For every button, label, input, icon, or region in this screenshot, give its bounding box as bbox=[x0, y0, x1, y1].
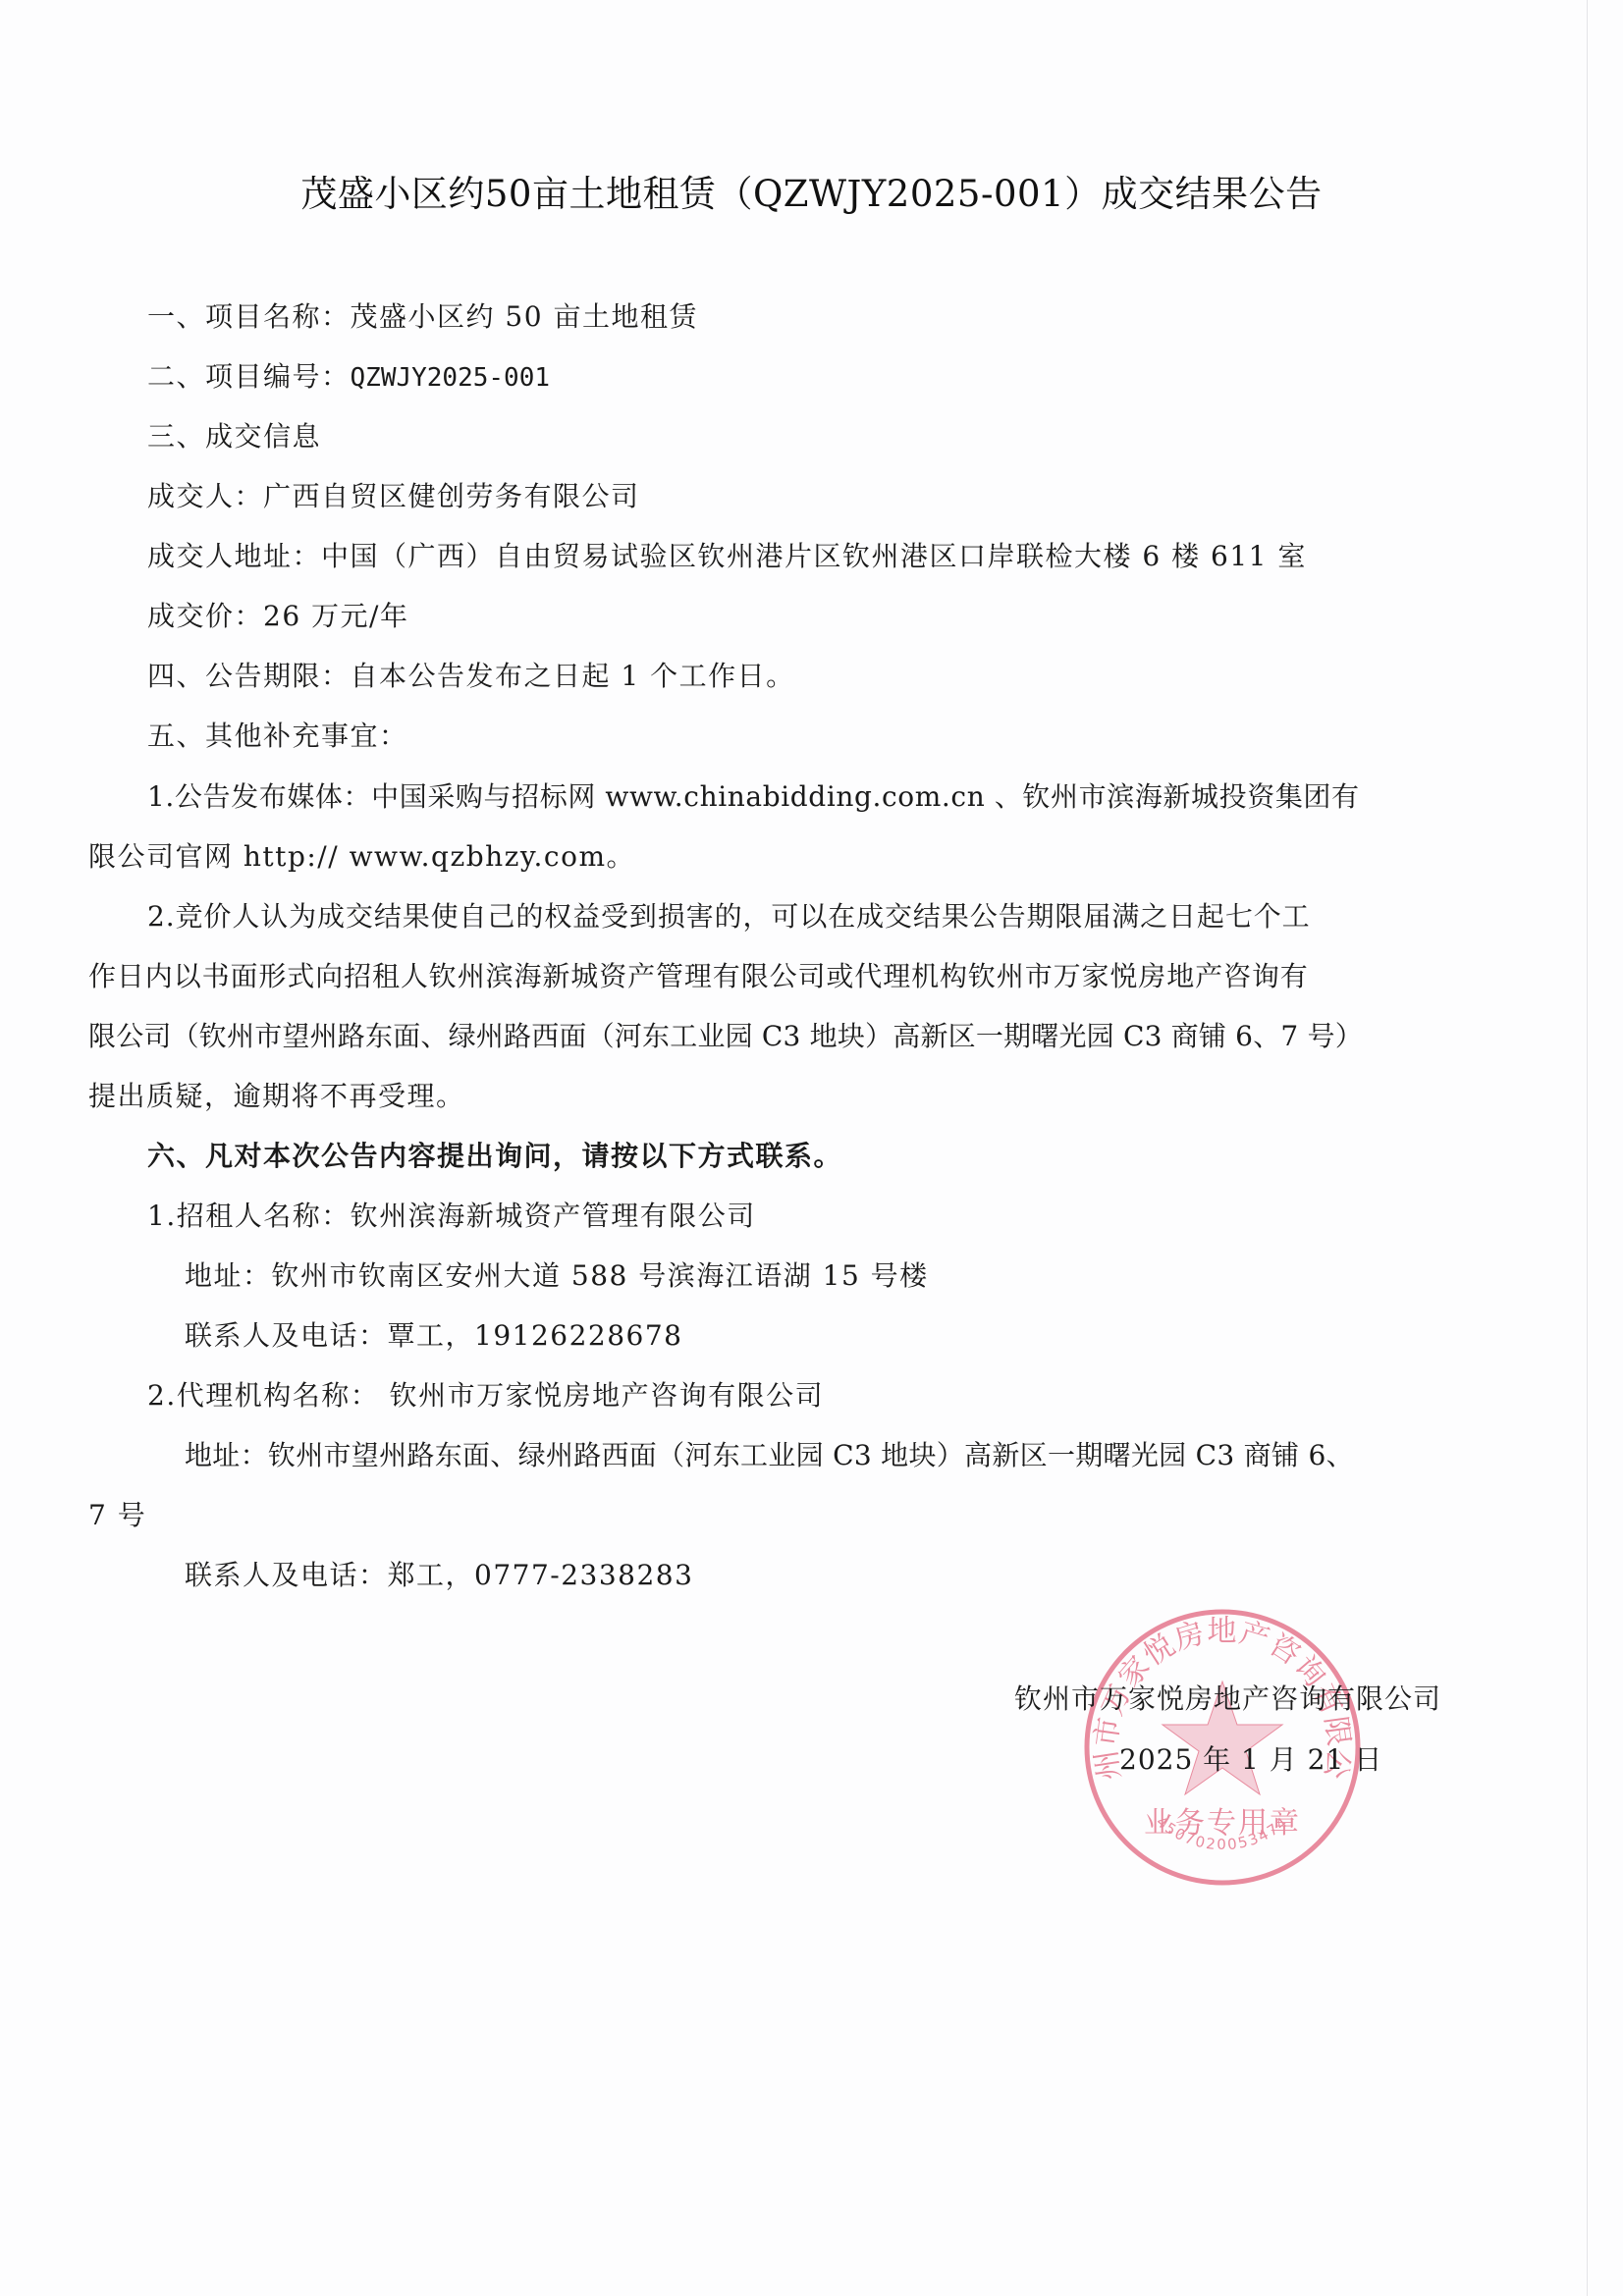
winner-label: 成交人： bbox=[147, 480, 263, 512]
signature-company: 钦州市万家悦房地产咨询有限公司 bbox=[1014, 1680, 1441, 1719]
lessor-contact-line: 联系人及电话：覃工，19126228678 bbox=[185, 1316, 682, 1356]
media-line-1: 1.公告发布媒体：中国采购与招标网 www.chinabidding.com.c… bbox=[147, 777, 1360, 817]
project-code-row: 二、项目编号：QZWJY2025-001 bbox=[147, 357, 550, 398]
signature-date: 2025 年 1 月 21 日 bbox=[1119, 1740, 1382, 1780]
agency-name-line: 2.代理机构名称： 钦州市万家悦房地产咨询有限公司 bbox=[147, 1376, 824, 1415]
lessor-name-line: 1.招租人名称：钦州滨海新城资产管理有限公司 bbox=[147, 1197, 756, 1236]
project-code-label: 二、项目编号： bbox=[147, 360, 351, 393]
winner-row: 成交人：广西自贸区健创劳务有限公司 bbox=[147, 477, 640, 516]
notice-period-value: 自本公告发布之日起 1 个工作日。 bbox=[351, 660, 795, 692]
project-name-row: 一、项目名称：茂盛小区约 50 亩土地租赁 bbox=[147, 297, 698, 337]
notice-period-label: 四、公告期限： bbox=[147, 660, 351, 692]
agency-contact-line: 联系人及电话：郑工，0777-2338283 bbox=[185, 1556, 693, 1595]
winner-address-label: 成交人地址： bbox=[147, 540, 321, 572]
document-page: 茂盛小区约50亩土地租赁（QZWJY2025-001）成交结果公告 一、项目名称… bbox=[0, 0, 1623, 2296]
winner-address-value: 中国（广西）自由贸易试验区钦州港片区钦州港区口岸联检大楼 6 楼 611 室 bbox=[321, 540, 1307, 572]
objection-line-3: 限公司（钦州市望州路东面、绿州路西面（河东工业园 C3 地块）高新区一期曙光园 … bbox=[88, 1017, 1363, 1056]
winner-value: 广西自贸区健创劳务有限公司 bbox=[263, 480, 640, 512]
contact-heading: 六、凡对本次公告内容提出询问，请按以下方式联系。 bbox=[147, 1137, 842, 1176]
page-edge bbox=[1587, 0, 1588, 2296]
objection-line-4: 提出质疑，逾期将不再受理。 bbox=[88, 1077, 465, 1116]
notice-period-row: 四、公告期限：自本公告发布之日起 1 个工作日。 bbox=[147, 657, 795, 696]
media-line-2: 限公司官网 http:// www.qzbhzy.com。 bbox=[88, 837, 635, 877]
price-value: 26 万元/年 bbox=[263, 600, 408, 632]
price-label: 成交价： bbox=[147, 600, 263, 632]
project-name-value: 茂盛小区约 50 亩土地租赁 bbox=[351, 300, 698, 333]
agency-address-line-1: 地址：钦州市望州路东面、绿州路西面（河东工业园 C3 地块）高新区一期曙光园 C… bbox=[185, 1436, 1354, 1475]
objection-line-1: 2.竞价人认为成交结果使自己的权益受到损害的，可以在成交结果公告期限届满之日起七… bbox=[147, 897, 1311, 936]
project-name-label: 一、项目名称： bbox=[147, 300, 351, 333]
lessor-address-line: 地址：钦州市钦南区安州大道 588 号滨海江语湖 15 号楼 bbox=[185, 1256, 929, 1296]
winner-address-row: 成交人地址：中国（广西）自由贸易试验区钦州港片区钦州港区口岸联检大楼 6 楼 6… bbox=[147, 537, 1307, 576]
project-code-value: QZWJY2025-001 bbox=[351, 363, 551, 393]
objection-line-2: 作日内以书面形式向招租人钦州滨海新城资产管理有限公司或代理机构钦州市万家悦房地产… bbox=[88, 957, 1309, 996]
document-title: 茂盛小区约50亩土地租赁（QZWJY2025-001）成交结果公告 bbox=[0, 167, 1623, 222]
supplementary-heading: 五、其他补充事宜： bbox=[147, 717, 408, 756]
price-row: 成交价：26 万元/年 bbox=[147, 597, 408, 636]
deal-info-heading: 三、成交信息 bbox=[147, 417, 321, 456]
agency-address-line-2: 7 号 bbox=[88, 1496, 146, 1535]
